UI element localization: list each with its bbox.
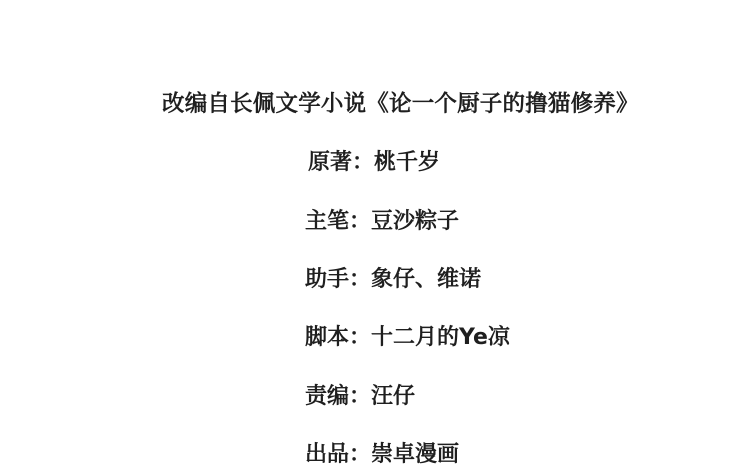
credit-original-author: 原著：桃千岁: [308, 148, 440, 178]
credit-label: 出品: [305, 442, 349, 467]
credit-value: 十二月的Ye凉: [371, 325, 510, 350]
credit-value: 崇卓漫画: [371, 442, 459, 467]
credit-value: 豆沙粽子: [371, 209, 459, 234]
credit-assistants: 助手：象仔、维诺: [305, 265, 481, 295]
credit-label: 助手: [305, 267, 349, 292]
credit-label: 主笔: [305, 209, 349, 234]
credit-label: 脚本: [305, 325, 349, 350]
credit-separator: ：: [349, 384, 371, 409]
credit-separator: ：: [349, 442, 371, 467]
credit-editor: 责编：汪仔: [305, 382, 415, 412]
credit-lead-artist: 主笔：豆沙粽子: [305, 207, 459, 237]
credit-separator: ：: [349, 325, 371, 350]
credit-separator: ：: [349, 209, 371, 234]
credit-value: 桃千岁: [374, 150, 440, 175]
credit-label: 原著: [308, 150, 352, 175]
credit-value: 汪仔: [371, 384, 415, 409]
credit-separator: ：: [349, 267, 371, 292]
credit-producer: 出品：崇卓漫画: [305, 440, 459, 468]
credit-value: 象仔、维诺: [371, 267, 481, 292]
credit-label: 责编: [305, 384, 349, 409]
adaptation-title: 改编自长佩文学小说《论一个厨子的撸猫修养》: [162, 89, 662, 119]
credit-separator: ：: [352, 150, 374, 175]
credit-script: 脚本：十二月的Ye凉: [305, 323, 510, 353]
